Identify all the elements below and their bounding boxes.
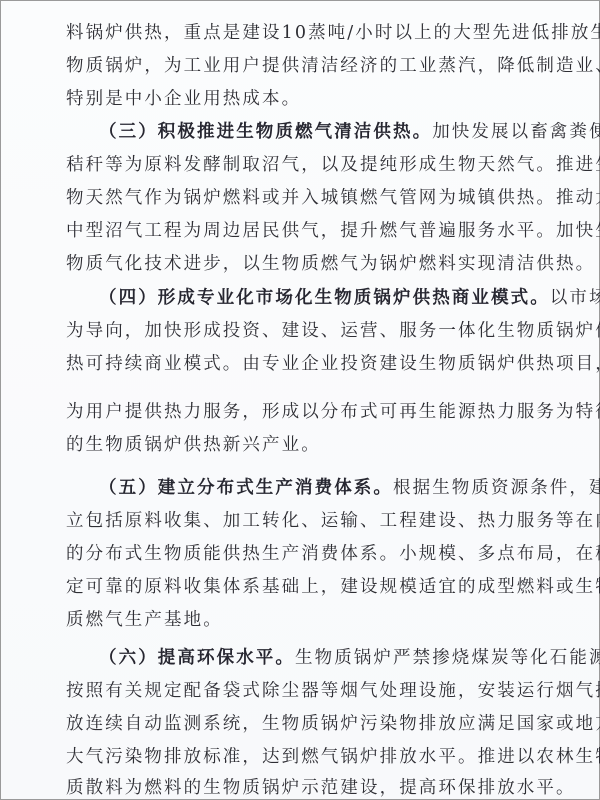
body-text-line: 物质气化技术进步，以生物质燃气为锅炉燃料实现清洁供热。 xyxy=(66,253,536,275)
body-text-line: 质燃气生产基地。 xyxy=(66,609,536,631)
body-text-line: 热可持续商业模式。由专业企业投资建设生物质锅炉供热项目， xyxy=(66,353,536,375)
body-text-line: 立包括原料收集、加工转化、运输、工程建设、热力服务等在内 xyxy=(66,510,536,532)
section-heading-line: （三）积极推进生物质燃气清洁供热。加快发展以畜禽粪便、 xyxy=(99,121,536,143)
body-text-line: 按照有关规定配备袋式除尘器等烟气处理设施，安装运行烟气排 xyxy=(66,680,536,702)
body-text: 中型沼气工程为周边居民供气，提升燃气普遍服务水平。加快生 xyxy=(66,221,600,241)
section-heading: （四）形成专业化市场化生物质锅炉供热商业模式。 xyxy=(99,288,550,308)
body-text-line: 的生物质锅炉供热新兴产业。 xyxy=(66,434,536,456)
section-heading-line: （六）提高环保水平。生物质锅炉严禁掺烧煤炭等化石能源。 xyxy=(99,647,536,669)
body-text: 放连续自动监测系统，生物质锅炉污染物排放应满足国家或地方 xyxy=(66,714,600,734)
document-page: 料锅炉供热，重点是建设10蒸吨/小时以上的大型先进低排放生物质锅炉，为工业用户提… xyxy=(0,0,600,800)
body-text: 加快发展以畜禽粪便、 xyxy=(432,122,600,142)
body-text-line: 秸秆等为原料发酵制取沼气，以及提纯形成生物天然气。推进生 xyxy=(66,154,536,176)
body-text: 特别是中小企业用热成本。 xyxy=(66,89,301,109)
body-text: 物质锅炉，为工业用户提供清洁经济的工业蒸汽，降低制造业、 xyxy=(66,56,600,76)
body-text-line: 物天然气作为锅炉燃料或并入城镇燃气管网为城镇供热。推动大 xyxy=(66,187,536,209)
body-text: 热可持续商业模式。由专业企业投资建设生物质锅炉供热项目， xyxy=(66,354,600,374)
section-heading: （五）建立分布式生产消费体系。 xyxy=(99,478,393,498)
body-text-line: 放连续自动监测系统，生物质锅炉污染物排放应满足国家或地方 xyxy=(66,713,536,735)
body-text: 物天然气作为锅炉燃料或并入城镇燃气管网为城镇供热。推动大 xyxy=(66,188,600,208)
body-text: 立包括原料收集、加工转化、运输、工程建设、热力服务等在内 xyxy=(66,511,600,531)
body-text: 为用户提供热力服务，形成以分布式可再生能源热力服务为特征 xyxy=(66,402,600,422)
section-heading: （六）提高环保水平。 xyxy=(99,648,295,668)
body-text: 定可靠的原料收集体系基础上，建设规模适宜的成型燃料或生物 xyxy=(66,577,600,597)
body-text: 质燃气生产基地。 xyxy=(66,610,223,630)
body-text: 秸秆等为原料发酵制取沼气，以及提纯形成生物天然气。推进生 xyxy=(66,155,600,175)
section-heading: （三）积极推进生物质燃气清洁供热。 xyxy=(99,122,432,142)
section-heading-line: （五）建立分布式生产消费体系。根据生物质资源条件，建 xyxy=(99,477,536,499)
body-text: 按照有关规定配备袋式除尘器等烟气处理设施，安装运行烟气排 xyxy=(66,681,600,701)
body-text: 根据生物质资源条件，建 xyxy=(393,478,600,498)
body-text-line: 定可靠的原料收集体系基础上，建设规模适宜的成型燃料或生物 xyxy=(66,576,536,598)
body-text: 质散料为燃料的生物质锅炉示范建设，提高环保排放水平。 xyxy=(66,778,576,798)
body-text-line: 为导向，加快形成投资、建设、运营、服务一体化生物质锅炉供 xyxy=(66,320,536,342)
body-text-line: 料锅炉供热，重点是建设10蒸吨/小时以上的大型先进低排放生 xyxy=(66,22,536,44)
body-text-line: 中型沼气工程为周边居民供气，提升燃气普遍服务水平。加快生 xyxy=(66,220,536,242)
body-text: 物质气化技术进步，以生物质燃气为锅炉燃料实现清洁供热。 xyxy=(66,254,595,274)
body-text: 料锅炉供热，重点是建设10蒸吨/小时以上的大型先进低排放生 xyxy=(66,23,600,43)
body-text: 的分布式生物质能供热生产消费体系。小规模、多点布局，在稳 xyxy=(66,544,600,564)
body-text-line: 质散料为燃料的生物质锅炉示范建设，提高环保排放水平。 xyxy=(66,777,536,799)
body-text: 为导向，加快形成投资、建设、运营、服务一体化生物质锅炉供 xyxy=(66,321,600,341)
body-text: 以市场 xyxy=(550,288,600,308)
body-text-line: 的分布式生物质能供热生产消费体系。小规模、多点布局，在稳 xyxy=(66,543,536,565)
body-text: 的生物质锅炉供热新兴产业。 xyxy=(66,435,321,455)
body-text: 生物质锅炉严禁掺烧煤炭等化石能源。 xyxy=(295,648,600,668)
body-text-line: 特别是中小企业用热成本。 xyxy=(66,88,536,110)
body-text: 大气污染物排放标准，达到燃气锅炉排放水平。推进以农林生物 xyxy=(66,747,600,767)
body-text-line: 为用户提供热力服务，形成以分布式可再生能源热力服务为特征 xyxy=(66,401,536,423)
section-heading-line: （四）形成专业化市场化生物质锅炉供热商业模式。以市场 xyxy=(99,287,536,309)
body-text-line: 物质锅炉，为工业用户提供清洁经济的工业蒸汽，降低制造业、 xyxy=(66,55,536,77)
body-text-line: 大气污染物排放标准，达到燃气锅炉排放水平。推进以农林生物 xyxy=(66,746,536,768)
